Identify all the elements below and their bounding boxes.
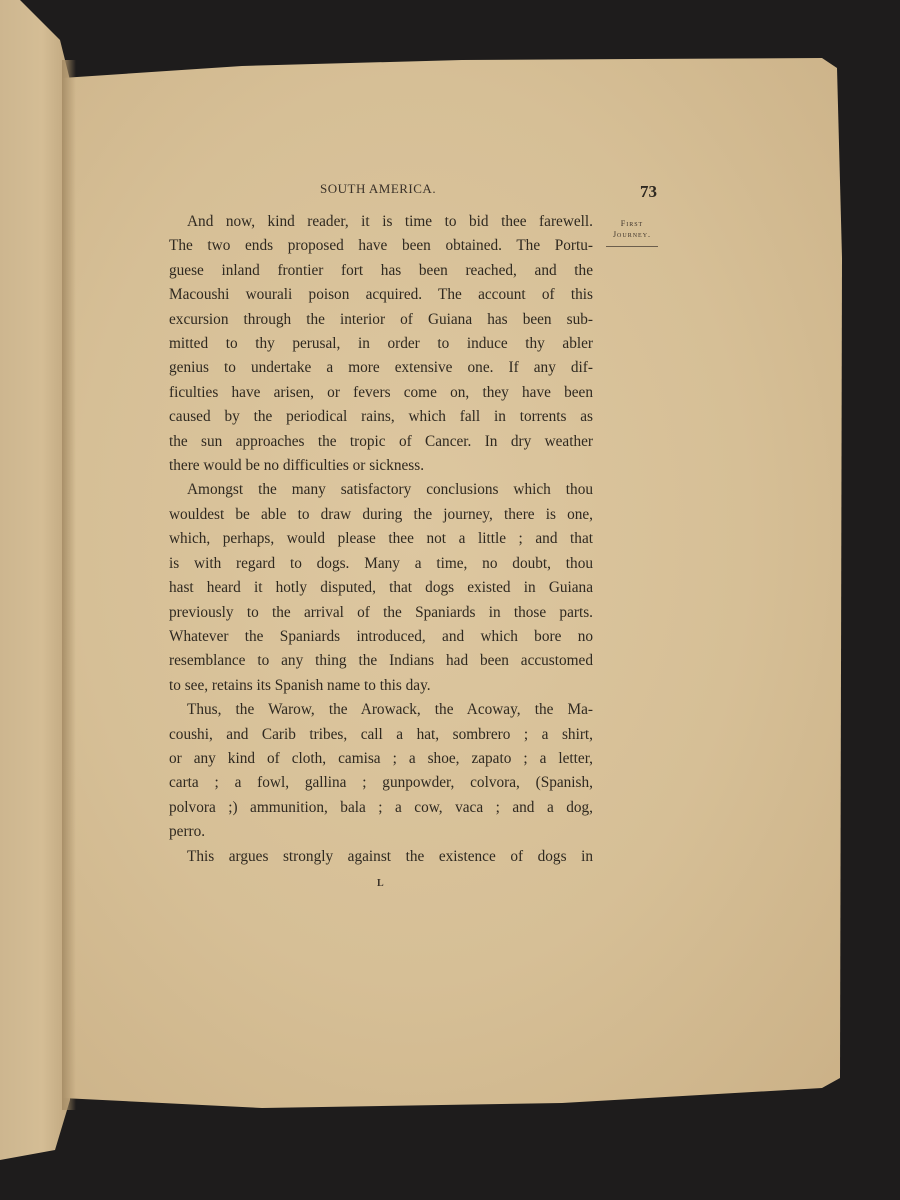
margin-note: First Journey. <box>606 218 658 240</box>
text-line: resemblance to any thing the Indians had… <box>169 649 593 673</box>
text-line: is with regard to dogs. Many a time, no … <box>169 552 593 576</box>
paragraph-1: And now, kind reader, it is time to bid … <box>169 210 593 478</box>
text-line: ficulties have arisen, or fevers come on… <box>169 381 593 405</box>
text-line: caused by the periodical rains, which fa… <box>169 405 593 429</box>
text-line: mitted to thy perusal, in order to induc… <box>169 332 593 356</box>
text-line: polvora ;) ammunition, bala ; a cow, vac… <box>169 796 593 820</box>
text-line: excursion through the interior of Guiana… <box>169 308 593 332</box>
text-line: previously to the arrival of the Spaniar… <box>169 601 593 625</box>
body-text: And now, kind reader, it is time to bid … <box>169 210 593 869</box>
running-head: SOUTH AMERICA. <box>320 181 436 197</box>
text-line: Thus, the Warow, the Arowack, the Acoway… <box>169 698 593 722</box>
text-line: guese inland frontier fort has been reac… <box>169 259 593 283</box>
text-line: wouldest be able to draw during the jour… <box>169 503 593 527</box>
paragraph-3: Thus, the Warow, the Arowack, the Acoway… <box>169 698 593 844</box>
paragraph-2: Amongst the many satisfactory conclusion… <box>169 478 593 698</box>
text-line: to see, retains its Spanish name to this… <box>169 674 593 698</box>
margin-note-rule <box>606 246 658 247</box>
text-line: the sun approaches the tropic of Cancer.… <box>169 430 593 454</box>
text-line: Macoushi wourali poison acquired. The ac… <box>169 283 593 307</box>
text-line: This argues strongly against the existen… <box>169 845 593 869</box>
text-line: there would be no difficulties or sickne… <box>169 454 593 478</box>
paragraph-4: This argues strongly against the existen… <box>169 845 593 869</box>
text-line: carta ; a fowl, gallina ; gunpowder, col… <box>169 771 593 795</box>
text-line: which, perhaps, would please thee not a … <box>169 527 593 551</box>
text-line: The two ends proposed have been obtained… <box>169 234 593 258</box>
text-line: hast heard it hotly disputed, that dogs … <box>169 576 593 600</box>
margin-note-line-1: First <box>621 219 643 228</box>
facing-page-edge <box>0 0 70 1160</box>
text-line: coushi, and Carib tribes, call a hat, so… <box>169 723 593 747</box>
text-line: genius to undertake a more extensive one… <box>169 356 593 380</box>
text-line: Amongst the many satisfactory conclusion… <box>169 478 593 502</box>
page-gutter-shadow <box>62 60 76 1110</box>
page-number: 73 <box>640 182 657 202</box>
margin-note-line-2: Journey. <box>613 230 651 239</box>
text-line: And now, kind reader, it is time to bid … <box>169 210 593 234</box>
text-line: perro. <box>169 820 593 844</box>
text-line: Whatever the Spaniards introduced, and w… <box>169 625 593 649</box>
signature-mark: L <box>377 878 384 889</box>
text-line: or any kind of cloth, camisa ; a shoe, z… <box>169 747 593 771</box>
